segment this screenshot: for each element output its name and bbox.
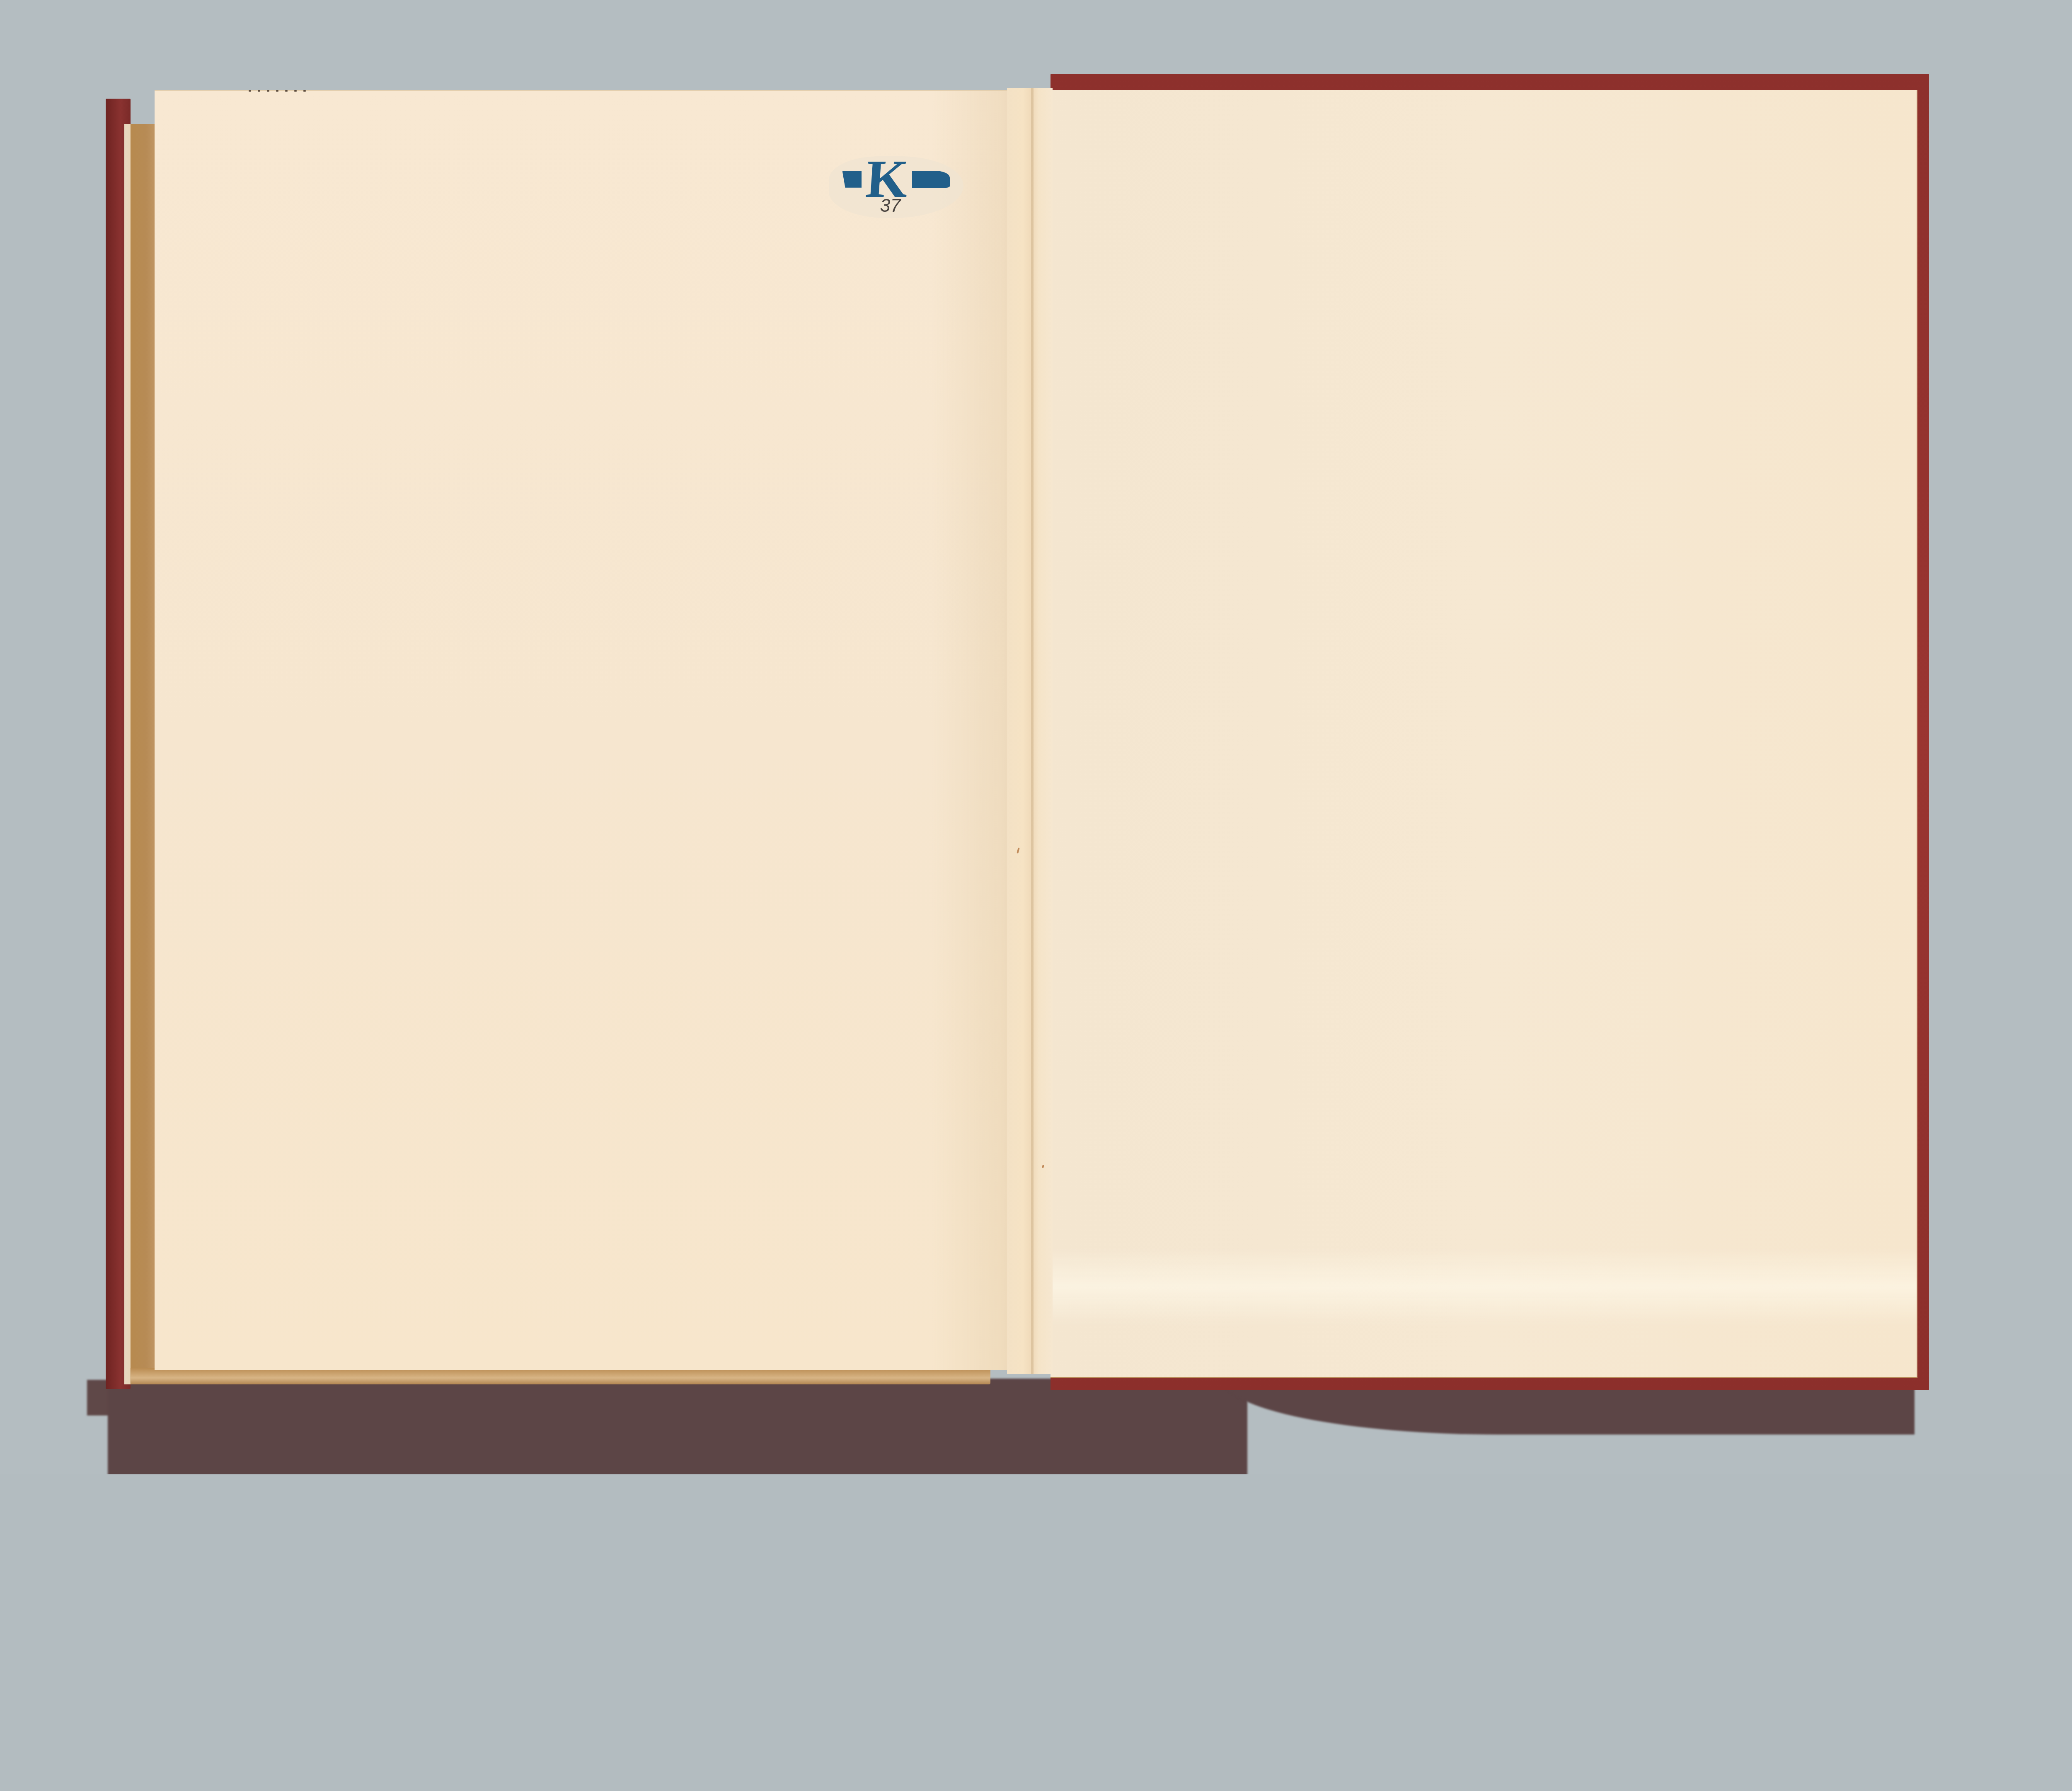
speck xyxy=(285,90,288,92)
book-gutter xyxy=(1007,88,1053,1374)
speck xyxy=(249,90,251,92)
book-photo-scene: K 37 xyxy=(0,0,2072,1474)
right-page xyxy=(1051,90,1917,1378)
left-page-block-bottom-edge xyxy=(131,1368,990,1384)
gutter-fold-line xyxy=(1031,88,1034,1374)
speck xyxy=(294,90,297,92)
stamp-handwritten-number: 37 xyxy=(880,195,901,216)
top-edge-specks xyxy=(249,82,414,91)
left-page-block-edge xyxy=(124,124,155,1384)
speck xyxy=(258,90,260,92)
stamp-mark: K xyxy=(842,164,950,195)
stamp-bar-left-icon xyxy=(842,171,862,188)
speck xyxy=(276,90,278,92)
book-shadow xyxy=(108,1379,1247,1474)
speck xyxy=(303,90,306,92)
speck xyxy=(267,90,269,92)
stamp-bar-right-icon xyxy=(912,171,950,188)
left-page xyxy=(155,90,1037,1370)
